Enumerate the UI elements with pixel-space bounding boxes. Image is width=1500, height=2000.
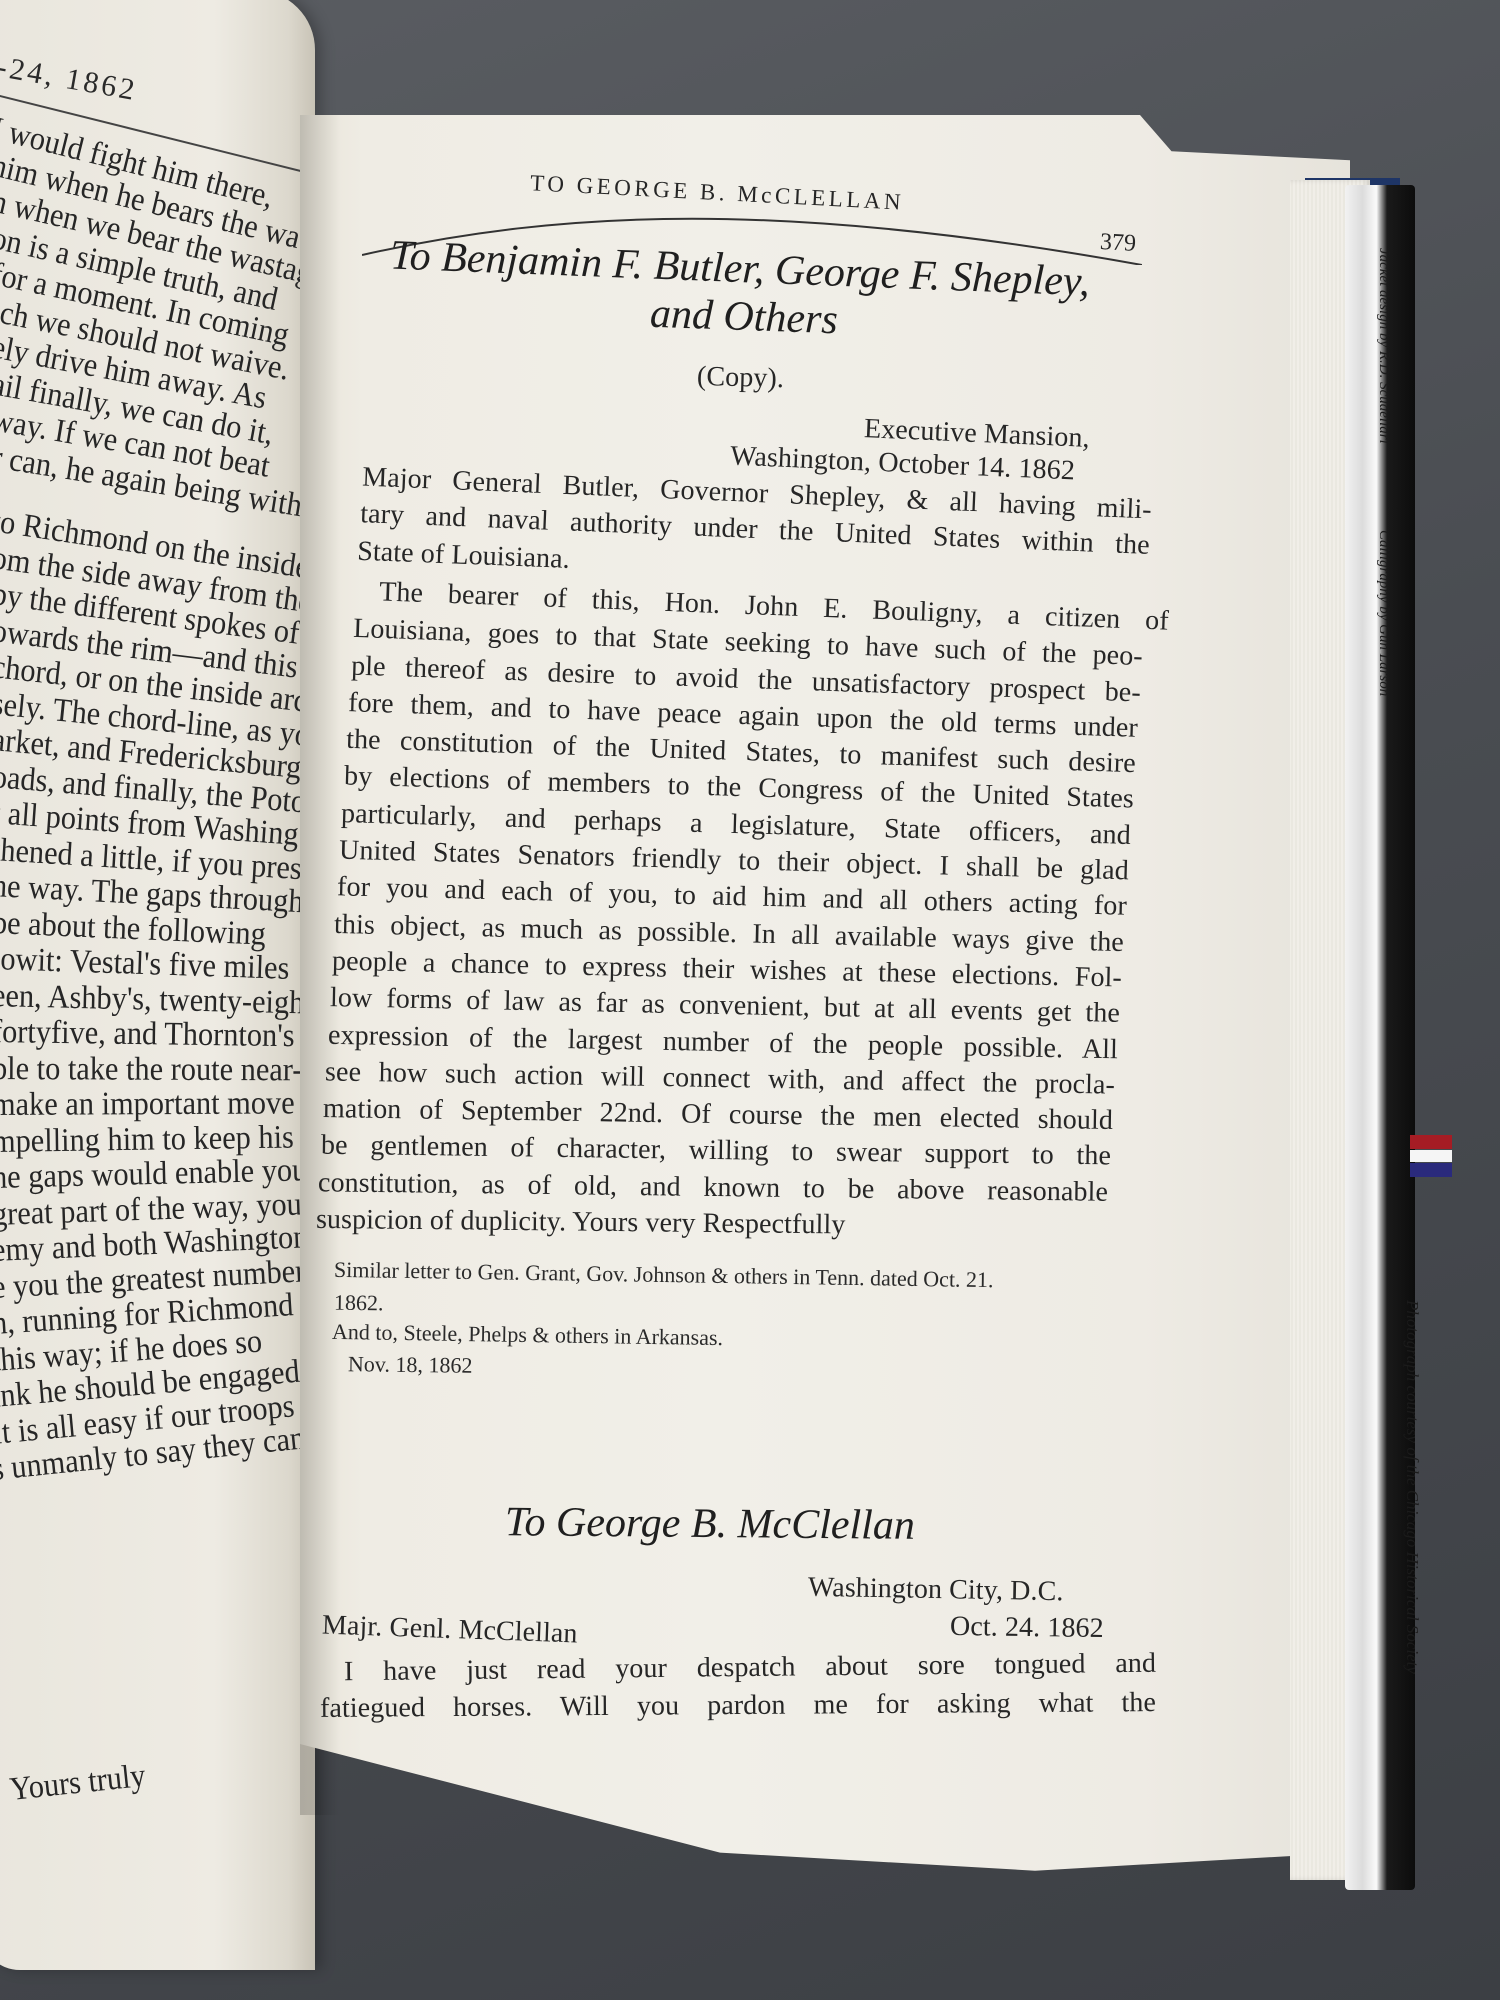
jacket-credit: Jacket design by R.D. Scudellari: [1375, 248, 1392, 444]
letter1-note-line: Nov. 18, 1862: [348, 1351, 473, 1379]
letter2-title: To George B. McClellan: [505, 1498, 915, 1550]
left-page: -24, 1862 I would fight him there,him wh…: [0, 0, 315, 1970]
left-page-line: make an important move: [0, 1085, 295, 1124]
left-page-line: ble to take the route near-: [0, 1051, 303, 1089]
flag-stripe-blue: [1410, 1163, 1452, 1177]
letter1-note-line: 1862.: [334, 1290, 384, 1317]
flag-stripe-white: [1410, 1150, 1452, 1162]
left-page-line: fortyfive, and Thornton's: [0, 1014, 295, 1055]
letter2-body-line: fatiegued horses. Will you pardon me for…: [320, 1687, 1156, 1725]
letter2-place: Washington City, D.C.: [808, 1572, 1064, 1608]
calligraphy-credit: Calligraphy by Gun Larson: [1375, 530, 1392, 696]
flag-stripe-red: [1410, 1135, 1452, 1149]
photo-credit: Photograph courtesy of the Chicago Histo…: [1402, 1300, 1422, 1674]
letter2-date: Oct. 24. 1862: [950, 1611, 1104, 1645]
letter1-title-line2: and Others: [649, 290, 838, 345]
left-page-line: Yours truly: [8, 1758, 147, 1809]
copy-note: (Copy).: [697, 361, 785, 395]
book-photo: -24, 1862 I would fight him there,him wh…: [0, 0, 1500, 2000]
